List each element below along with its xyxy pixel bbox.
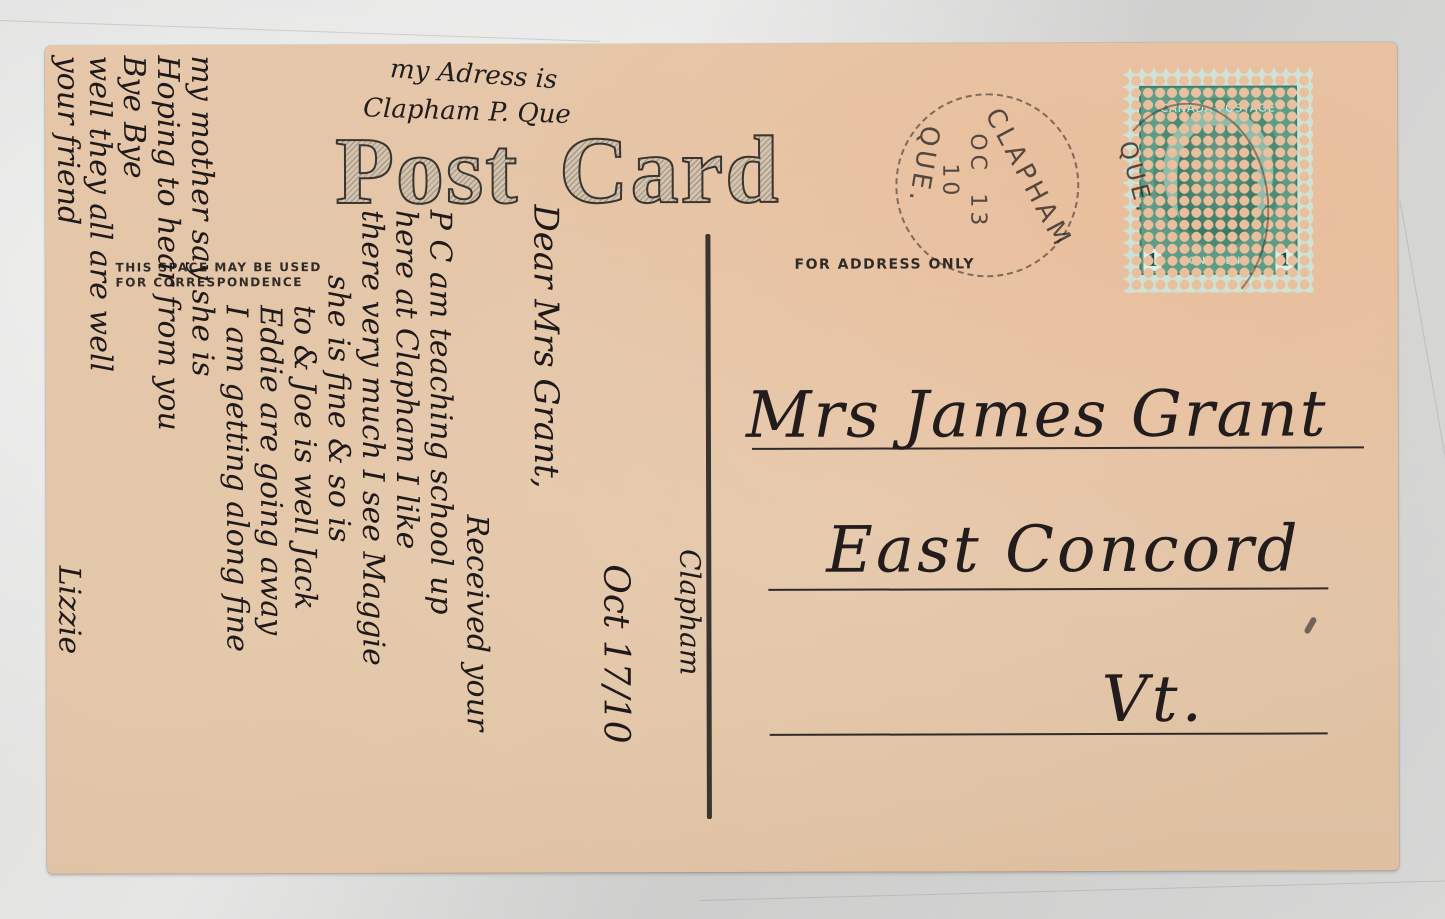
postmark-year: 10 (937, 163, 962, 199)
postmark-day: 13 (965, 193, 990, 229)
marble-vein (0, 20, 600, 42)
divider-line (705, 234, 712, 819)
message-line: my mother say she is (184, 55, 220, 376)
message-line: well they all are well (82, 56, 118, 373)
postmark-month: OC (965, 133, 990, 174)
marble-vein (700, 880, 1445, 901)
message-line: Received your (459, 515, 495, 732)
address-line-3 (770, 732, 1328, 735)
address-line-2 (768, 587, 1328, 590)
message-date: Oct 17/10 (595, 564, 636, 743)
postcard: PostCard THIS SPACE MAY BE USED FOR CORR… (45, 42, 1399, 874)
message-line: your friend (50, 56, 85, 226)
sender-address-note-line1: my Adress is (389, 54, 558, 95)
message-line: Hoping to hear from you (150, 55, 186, 430)
recipient-name: Mrs James Grant (746, 377, 1328, 453)
recipient-town: East Concord (826, 512, 1301, 587)
message-line: she is fine & so is (321, 275, 357, 542)
message-line: P C am teaching school up (422, 210, 458, 615)
message-line: there very much I see Maggie (354, 210, 390, 666)
marble-vein (1400, 200, 1445, 496)
message-line: here at Clapham I like (388, 210, 424, 550)
stamp-value-right: 1 (1275, 249, 1293, 271)
message-salutation: Dear Mrs Grant, (525, 204, 566, 488)
ink-smudge (1303, 616, 1317, 635)
message-place: Clapham (673, 549, 706, 675)
message-signature: Lizzie (51, 566, 86, 655)
message-line: to & Joe is well Jack (287, 305, 323, 610)
message-line: Eddie are going away (253, 305, 289, 635)
recipient-state: Vt. (1102, 663, 1206, 737)
message-line: I am getting along fine (219, 305, 255, 652)
message-line: Bye Bye (116, 55, 151, 178)
title-post: Post (335, 117, 519, 224)
title-card: Card (559, 116, 781, 224)
